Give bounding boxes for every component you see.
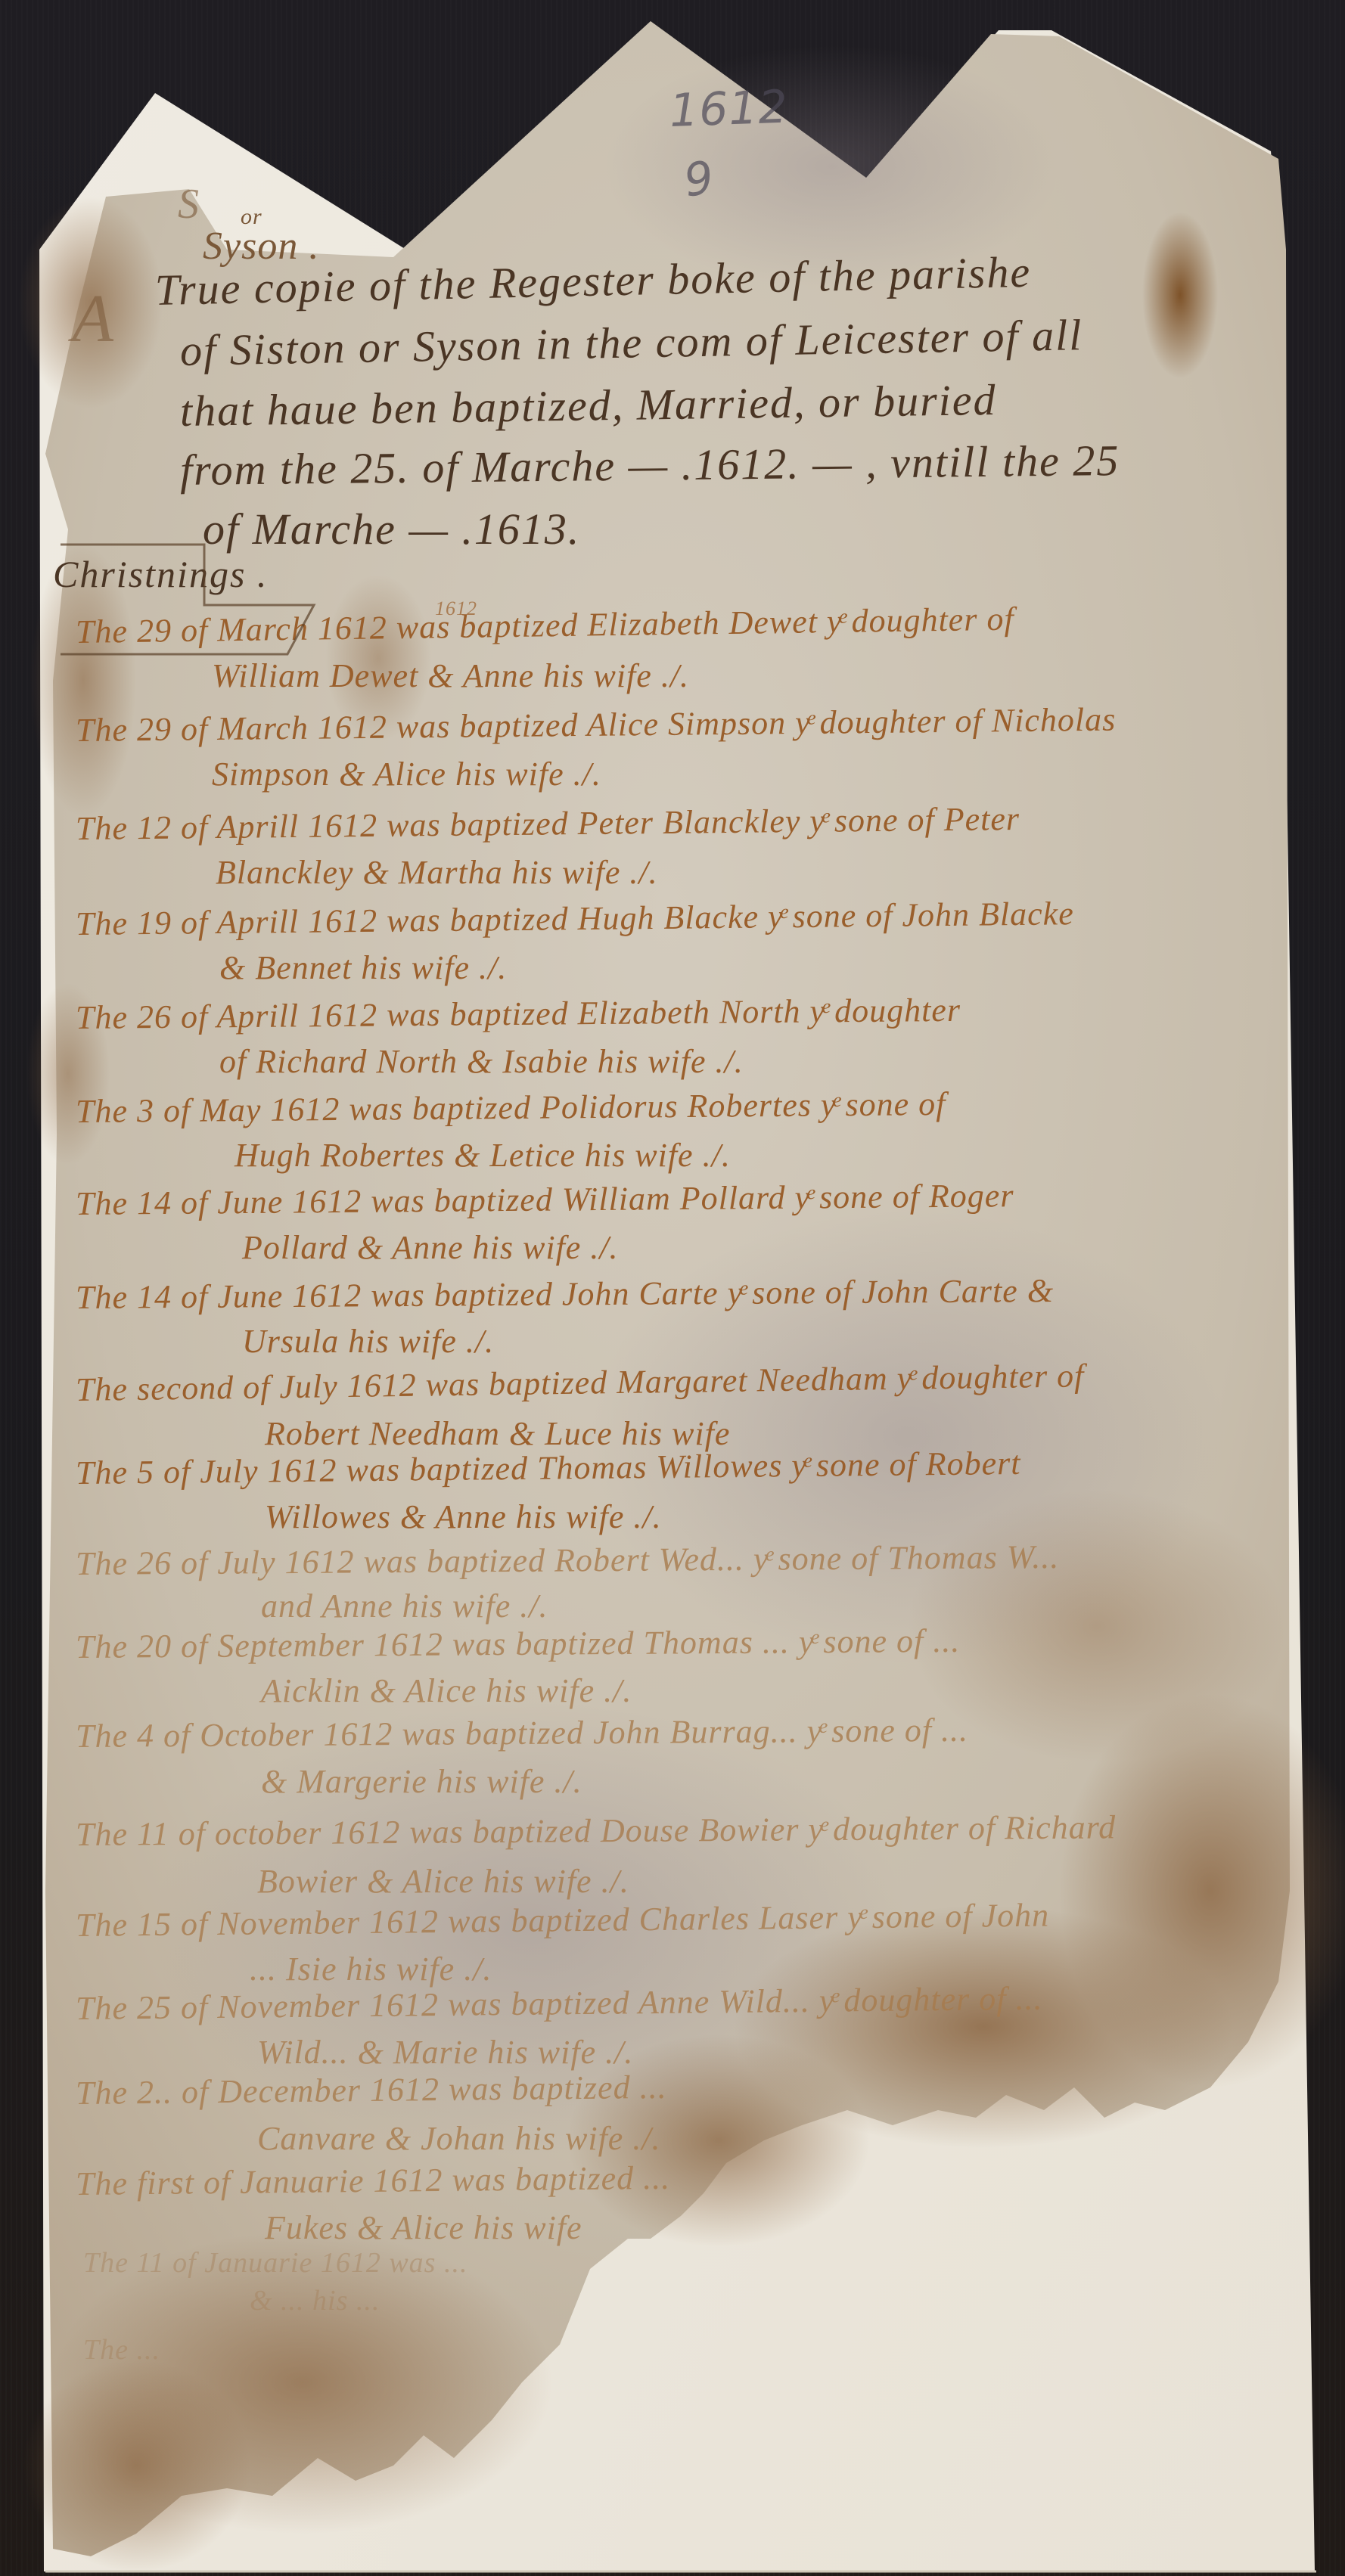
section-label-box [0,0,1345,2576]
document-viewer: 1612 9 S or Syson . A True copie of the … [0,0,1345,2576]
manuscript-text: 1612 9 S or Syson . A True copie of the … [0,0,1345,2576]
